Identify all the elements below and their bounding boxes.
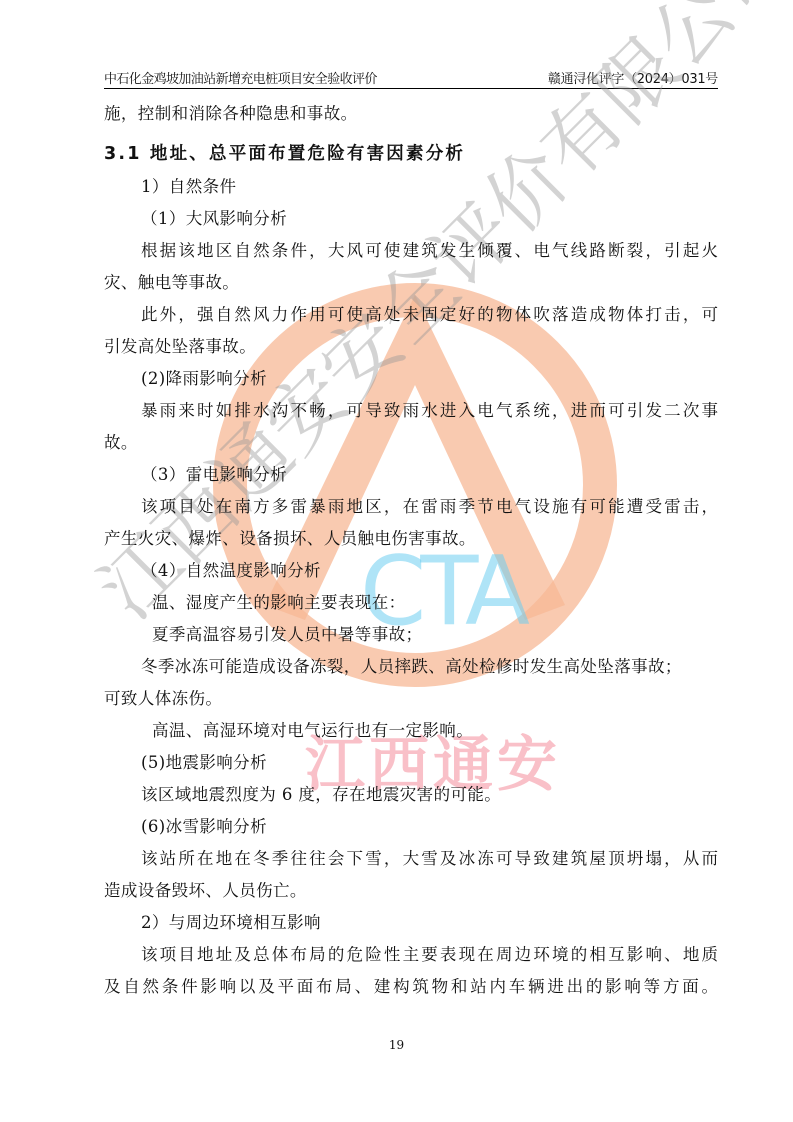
paragraph-line: 可致人体冻伤。 — [104, 688, 222, 710]
section-heading: 3.1 地址、总平面布置危险有害因素分析 — [104, 143, 465, 165]
paragraph-line: 及自然条件影响以及平面布局、建构筑物和站内车辆进出的影响等方面。 — [104, 976, 718, 998]
paragraph-line: 暴雨来时如排水沟不畅，可导致雨水进入电气系统，进而可引发二次事 — [141, 400, 718, 422]
paragraph-line: 高温、高湿环境对电气运行也有一定影响。 — [152, 720, 473, 742]
paragraph-line: 故。 — [104, 432, 138, 454]
paragraph-line: 施，控制和消除各种隐患和事故。 — [104, 103, 358, 125]
paragraph-line: 此外，强自然风力作用可使高处未固定好的物体吹落造成物体打击，可 — [141, 304, 718, 326]
header-project-title: 中石化金鸡坡加油站新增充电桩项目安全验收评价 — [104, 68, 377, 87]
paragraph-line: 造成设备毁坏、人员伤亡。 — [104, 880, 307, 902]
paragraph-line: 产生火灾、爆炸、设备损坏、人员触电伤害事故。 — [104, 528, 476, 550]
paragraph-line: 该站所在地在冬季往往会下雪，大雪及冰冻可导致建筑屋顶坍塌，从而 — [141, 848, 718, 870]
page-number: 19 — [0, 1038, 793, 1052]
subsection-heading: （1）大风影响分析 — [141, 208, 287, 230]
subsection-heading: (5)地震影响分析 — [141, 752, 267, 774]
paragraph-line: 该区域地震烈度为 6 度，存在地震灾害的可能。 — [141, 784, 501, 806]
paragraph-line: 根据该地区自然条件，大风可使建筑发生倾覆、电气线路断裂，引起火 — [141, 240, 718, 262]
paragraph-line: 该项目处在南方多雷暴雨地区，在雷雨季节电气设施有可能遭受雷击， — [141, 496, 718, 518]
subsection-heading: （3）雷电影响分析 — [141, 464, 287, 486]
document-page: 中石化金鸡坡加油站新增充电桩项目安全验收评价 赣通浔化评字（2024）031号 … — [0, 0, 793, 1122]
page-header: 中石化金鸡坡加油站新增充电桩项目安全验收评价 赣通浔化评字（2024）031号 — [104, 64, 718, 89]
subsection-heading: （4）自然温度影响分析 — [141, 560, 321, 582]
paragraph-line: 灾、触电等事故。 — [104, 272, 239, 294]
subsection-heading: (6)冰雪影响分析 — [141, 816, 267, 838]
paragraph-line: 引发高处坠落事故。 — [104, 336, 256, 358]
paragraph-line: 冬季冰冻可能造成设备冻裂，人员摔跌、高处检修时发生高处坠落事故； — [141, 656, 682, 678]
paragraph-line: 夏季高温容易引发人员中暑等事故； — [152, 624, 422, 646]
subsection-heading: 2）与周边环境相互影响 — [141, 912, 321, 934]
paragraph-line: 温、湿度产生的影响主要表现在： — [152, 592, 406, 614]
subsection-heading: 1）自然条件 — [141, 176, 236, 198]
paragraph-line: 该项目地址及总体布局的危险性主要表现在周边环境的相互影响、地质 — [141, 944, 718, 966]
subsection-heading: (2)降雨影响分析 — [141, 368, 267, 390]
header-document-number: 赣通浔化评字（2024）031号 — [548, 68, 718, 87]
